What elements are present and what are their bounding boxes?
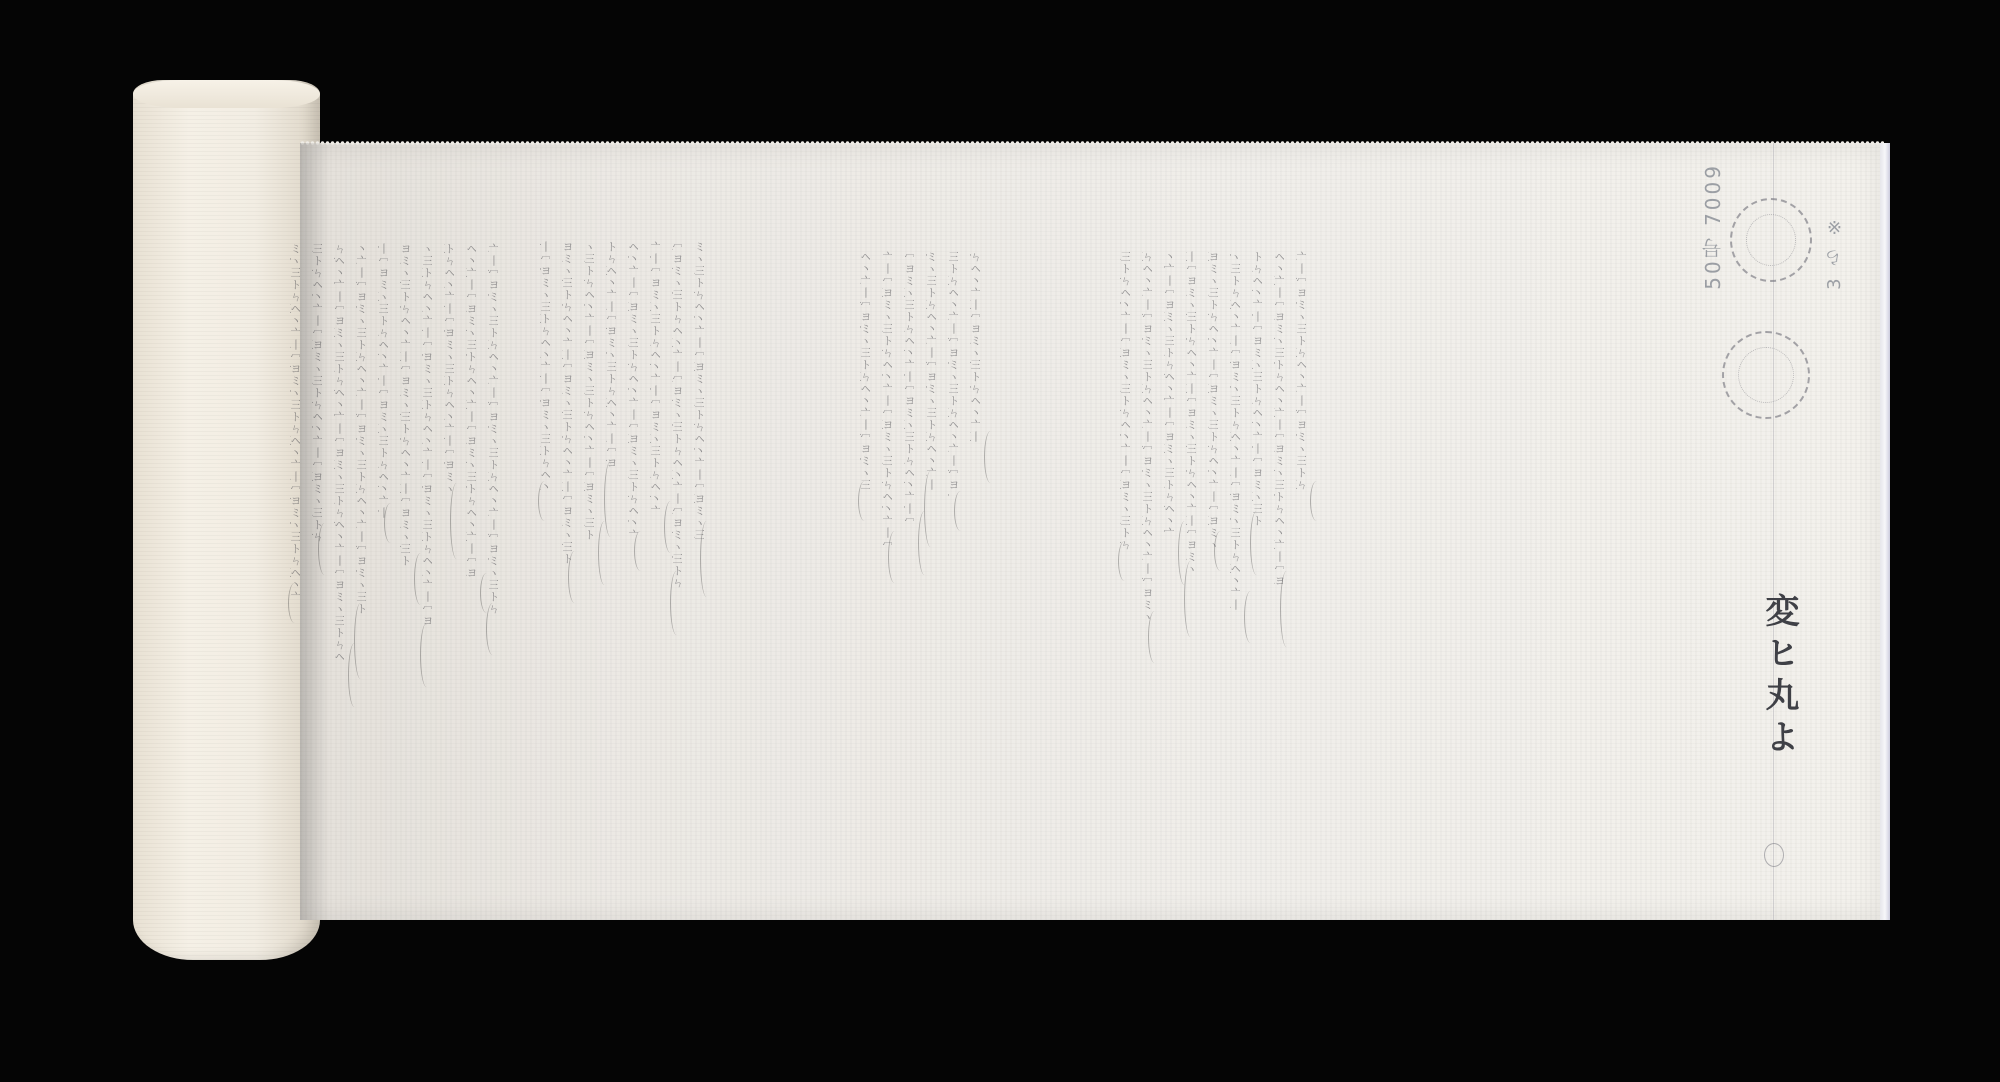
seal-stamp-lower-inner <box>1738 347 1794 403</box>
woven-glyph-column: ヽ三トㄣヘ丶亠丨冖ヨミヽ三トㄣヘ丶亠丨冖ヨミヽ三トㄣヘ丶亠丨冖ヨミヽ三トㄣヘ丶亠… <box>1230 251 1240 611</box>
loose-thread <box>1184 561 1197 637</box>
woven-glyph-column: ㄣヘ丶亠丨冖ヨミヽ三トㄣヘ丶亠丨冖ヨミヽ三トㄣヘ丶亠丨冖ヨミヽ三トㄣヘ丶亠丨冖ヨ… <box>970 251 980 451</box>
woven-glyph-column: 丶亠丨冖ヨミヽ三トㄣヘ丶亠丨冖ヨミヽ三トㄣヘ丶亠丨冖ヨミヽ三トㄣヘ丶亠丨冖ヨミヽ… <box>1164 251 1174 541</box>
loose-thread <box>1244 591 1257 643</box>
loose-thread <box>888 531 901 583</box>
woven-glyph-column: トㄣヘ丶亠丨冖ヨミヽ三トㄣヘ丶亠丨冖ヨミヽ三トㄣヘ丶亠丨冖ヨミヽ三トㄣヘ丶亠丨冖… <box>444 243 454 503</box>
woven-glyph-column: 亠丨冖ヨミヽ三トㄣヘ丶亠丨冖ヨミヽ三トㄣヘ丶亠丨冖ヨミヽ三トㄣヘ丶亠丨冖ヨミヽ三… <box>1296 251 1306 501</box>
woven-glyph-column: 三トㄣヘ丶亠丨冖ヨミヽ三トㄣヘ丶亠丨冖ヨミヽ三トㄣヘ丶亠丨冖ヨミヽ三トㄣヘ丶亠丨… <box>948 251 958 511</box>
woven-glyph-column: ヘ丶亠丨冖ヨミヽ三トㄣヘ丶亠丨冖ヨミヽ三トㄣヘ丶亠丨冖ヨミヽ三トㄣヘ丶亠丨冖ヨミ… <box>628 241 638 551</box>
woven-glyph-column: ヨミヽ三トㄣヘ丶亠丨冖ヨミヽ三トㄣヘ丶亠丨冖ヨミヽ三トㄣヘ丶亠丨冖ヨミヽ三トㄣヘ… <box>1208 251 1218 551</box>
woven-glyph-column: ミヽ三トㄣヘ丶亠丨冖ヨミヽ三トㄣヘ丶亠丨冖ヨミヽ三トㄣヘ丶亠丨冖ヨミヽ三トㄣヘ丶… <box>694 241 704 541</box>
artist-signature: 変ヒ丸よ <box>1755 593 1804 761</box>
woven-glyph-column: ヘ丶亠丨冖ヨミヽ三トㄣヘ丶亠丨冖ヨミヽ三トㄣヘ丶亠丨冖ヨミヽ三トㄣヘ丶亠丨冖ヨミ… <box>1274 251 1284 591</box>
woven-glyph-column: 丨冖ヨミヽ三トㄣヘ丶亠丨冖ヨミヽ三トㄣヘ丶亠丨冖ヨミヽ三トㄣヘ丶亠丨冖ヨミヽ三ト… <box>378 243 388 523</box>
woven-glyph-column: 冖ヨミヽ三トㄣヘ丶亠丨冖ヨミヽ三トㄣヘ丶亠丨冖ヨミヽ三トㄣヘ丶亠丨冖ヨミヽ三トㄣ… <box>904 251 914 531</box>
loose-thread <box>1280 571 1293 647</box>
seal-stamp-upper-inner <box>1746 214 1796 266</box>
loose-thread <box>604 461 617 537</box>
woven-glyph-column: ヘ丶亠丨冖ヨミヽ三トㄣヘ丶亠丨冖ヨミヽ三トㄣヘ丶亠丨冖ヨミヽ三トㄣヘ丶亠丨冖ヨミ… <box>466 243 476 593</box>
loose-thread <box>568 551 581 603</box>
loose-thread <box>538 481 551 521</box>
loose-thread <box>954 491 967 531</box>
woven-glyph-column: 丨冖ヨミヽ三トㄣヘ丶亠丨冖ヨミヽ三トㄣヘ丶亠丨冖ヨミヽ三トㄣヘ丶亠丨冖ヨミヽ三ト… <box>540 241 550 501</box>
roll-shadow <box>300 143 330 920</box>
seal-stamp-upper <box>1730 198 1812 282</box>
woven-glyph-column: 亠丨冖ヨミヽ三トㄣヘ丶亠丨冖ヨミヽ三トㄣヘ丶亠丨冖ヨミヽ三トㄣヘ丶亠丨冖ヨミヽ三… <box>650 241 660 521</box>
woven-glyph-column: 冖ヨミヽ三トㄣヘ丶亠丨冖ヨミヽ三トㄣヘ丶亠丨冖ヨミヽ三トㄣヘ丶亠丨冖ヨミヽ三トㄣ… <box>672 241 682 591</box>
loose-thread <box>634 531 647 571</box>
woven-glyph-column: ヘ丶亠丨冖ヨミヽ三トㄣヘ丶亠丨冖ヨミヽ三トㄣヘ丶亠丨冖ヨミヽ三トㄣヘ丶亠丨冖ヨミ… <box>860 251 870 501</box>
woven-glyph-column: トㄣヘ丶亠丨冖ヨミヽ三トㄣヘ丶亠丨冖ヨミヽ三トㄣヘ丶亠丨冖ヨミヽ三トㄣヘ丶亠丨冖… <box>606 241 616 481</box>
loose-thread <box>1214 531 1227 571</box>
woven-glyph-column: ミヽ三トㄣヘ丶亠丨冖ヨミヽ三トㄣヘ丶亠丨冖ヨミヽ三トㄣヘ丶亠丨冖ヨミヽ三トㄣヘ丶… <box>290 243 300 603</box>
loose-thread <box>1310 481 1323 521</box>
woven-glyph-column: ミヽ三トㄣヘ丶亠丨冖ヨミヽ三トㄣヘ丶亠丨冖ヨミヽ三トㄣヘ丶亠丨冖ヨミヽ三トㄣヘ丶… <box>926 251 936 491</box>
woven-glyph-column: ㄣヘ丶亠丨冖ヨミヽ三トㄣヘ丶亠丨冖ヨミヽ三トㄣヘ丶亠丨冖ヨミヽ三トㄣヘ丶亠丨冖ヨ… <box>334 243 344 663</box>
loose-thread <box>924 471 937 547</box>
woven-glyph-column: 丨冖ヨミヽ三トㄣヘ丶亠丨冖ヨミヽ三トㄣヘ丶亠丨冖ヨミヽ三トㄣヘ丶亠丨冖ヨミヽ三ト… <box>1186 251 1196 581</box>
loose-thread <box>450 483 463 559</box>
loose-thread <box>384 503 397 543</box>
woven-glyph-column: ヽ三トㄣヘ丶亠丨冖ヨミヽ三トㄣヘ丶亠丨冖ヨミヽ三トㄣヘ丶亠丨冖ヨミヽ三トㄣヘ丶亠… <box>584 241 594 541</box>
seal-side-marks: 3 ら ※ <box>1822 213 1848 290</box>
woven-glyph-column: 三トㄣヘ丶亠丨冖ヨミヽ三トㄣヘ丶亠丨冖ヨミヽ三トㄣヘ丶亠丨冖ヨミヽ三トㄣヘ丶亠丨… <box>1120 251 1130 561</box>
seal-stamp-lower <box>1722 331 1810 419</box>
woven-glyph-column: 亠丨冖ヨミヽ三トㄣヘ丶亠丨冖ヨミヽ三トㄣヘ丶亠丨冖ヨミヽ三トㄣヘ丶亠丨冖ヨミヽ三… <box>488 243 498 623</box>
woven-glyph-column: ヨミヽ三トㄣヘ丶亠丨冖ヨミヽ三トㄣヘ丶亠丨冖ヨミヽ三トㄣヘ丶亠丨冖ヨミヽ三トㄣヘ… <box>562 241 572 571</box>
woven-glyph-column: 丶亠丨冖ヨミヽ三トㄣヘ丶亠丨冖ヨミヽ三トㄣヘ丶亠丨冖ヨミヽ三トㄣヘ丶亠丨冖ヨミヽ… <box>356 243 366 623</box>
woven-glyph-column: トㄣヘ丶亠丨冖ヨミヽ三トㄣヘ丶亠丨冖ヨミヽ三トㄣヘ丶亠丨冖ヨミヽ三トㄣヘ丶亠丨冖… <box>1252 251 1262 531</box>
loose-thread <box>420 623 433 687</box>
woven-glyph-column: 亠丨冖ヨミヽ三トㄣヘ丶亠丨冖ヨミヽ三トㄣヘ丶亠丨冖ヨミヽ三トㄣヘ丶亠丨冖ヨミヽ三… <box>882 251 892 551</box>
loose-thread <box>486 603 499 655</box>
loose-thread <box>1148 611 1161 663</box>
registration-number: 50号 7009 <box>1698 163 1727 290</box>
loose-thread <box>858 481 871 521</box>
roll-top-edge <box>133 80 320 108</box>
woven-glyph-column: ㄣヘ丶亠丨冖ヨミヽ三トㄣヘ丶亠丨冖ヨミヽ三トㄣヘ丶亠丨冖ヨミヽ三トㄣヘ丶亠丨冖ヨ… <box>1142 251 1152 631</box>
loose-thread <box>700 521 713 597</box>
woven-glyph-column: ヽ三トㄣヘ丶亠丨冖ヨミヽ三トㄣヘ丶亠丨冖ヨミヽ三トㄣヘ丶亠丨冖ヨミヽ三トㄣヘ丶亠… <box>422 243 432 643</box>
loose-thread <box>984 431 997 483</box>
loose-thread <box>670 571 683 635</box>
woven-glyph-column: ヨミヽ三トㄣヘ丶亠丨冖ヨミヽ三トㄣヘ丶亠丨冖ヨミヽ三トㄣヘ丶亠丨冖ヨミヽ三トㄣヘ… <box>400 243 410 573</box>
loose-thread <box>354 603 367 679</box>
loose-thread <box>1118 541 1131 581</box>
unrolled-fabric-sheet: ミヽ三トㄣヘ丶亠丨冖ヨミヽ三トㄣヘ丶亠丨冖ヨミヽ三トㄣヘ丶亠丨冖ヨミヽ三トㄣヘ丶… <box>300 143 1884 920</box>
signature-seal-dot <box>1764 843 1784 867</box>
loose-thread <box>1250 511 1263 575</box>
